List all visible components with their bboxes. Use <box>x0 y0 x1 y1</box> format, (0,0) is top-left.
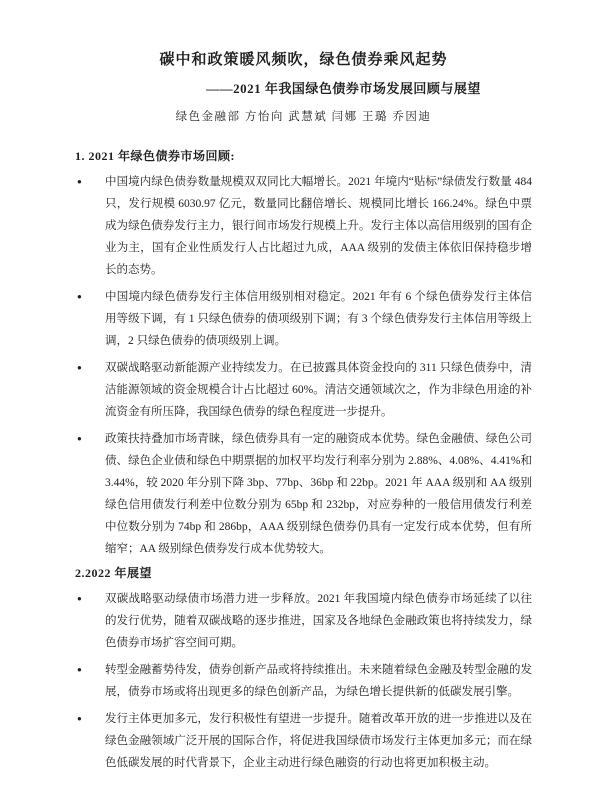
bullet-marker: ● <box>77 428 82 450</box>
bullet-text: 双碳战略驱动新能源产业持续发力。在已披露具体资金投向的 311 只绿色债券中，清… <box>105 362 532 418</box>
outlook-bullet-list: ● 双碳战略驱动绿债市场潜力进一步释放。2021 年我国境内绿色债券市场延续了以… <box>75 588 532 774</box>
bullet-marker: ● <box>77 659 82 681</box>
section-review: 1. 2021 年绿色债券市场回顾: ● 中国境内绿色债券数量规模双双同比大幅增… <box>75 149 532 560</box>
bullet-text: 政策扶持叠加市场青睐，绿色债券具有一定的融资成本优势。绿色金融债、绿色公司债、绿… <box>105 433 532 555</box>
section-review-heading: 1. 2021 年绿色债券市场回顾: <box>75 149 532 164</box>
bullet-item: ● 中国境内绿色债券发行主体信用级别相对稳定。2021 年有 6 个绿色债券发行… <box>75 286 532 352</box>
bullet-item: ● 双碳战略驱动绿债市场潜力进一步释放。2021 年我国境内绿色债券市场延续了以… <box>75 588 532 654</box>
bullet-item: ● 政策扶持叠加市场青睐，绿色债券具有一定的融资成本优势。绿色金融债、绿色公司债… <box>75 428 532 560</box>
bullet-item: ● 发行主体更加多元，发行积极性有望进一步提升。随着改革开放的进一步推进以及在绿… <box>75 708 532 774</box>
bullet-text: 转型金融蓄势待发，债券创新产品或将持续推出。未来随着绿色金融及转型金融的发展，债… <box>105 664 532 698</box>
bullet-item: ● 双碳战略驱动新能源产业持续发力。在已披露具体资金投向的 311 只绿色债券中… <box>75 357 532 423</box>
review-bullet-list: ● 中国境内绿色债券数量规模双双同比大幅增长。2021 年境内“贴标”绿债发行数… <box>75 171 532 560</box>
bullet-text: 双碳战略驱动绿债市场潜力进一步释放。2021 年我国境内绿色债券市场延续了以往的… <box>105 593 532 649</box>
document-title: 碳中和政策暖风频吹，绿色债券乘风起势 <box>75 50 532 70</box>
bullet-text: 中国境内绿色债券发行主体信用级别相对稳定。2021 年有 6 个绿色债券发行主体… <box>105 291 532 347</box>
document-subtitle: ——2021 年我国绿色债券市场发展回顾与展望 <box>115 80 572 97</box>
bullet-marker: ● <box>77 357 82 379</box>
bullet-text: 发行主体更加多元，发行积极性有望进一步提升。随着改革开放的进一步推进以及在绿色金… <box>105 713 532 769</box>
bullet-marker: ● <box>77 588 82 610</box>
bullet-item: ● 转型金融蓄势待发，债券创新产品或将持续推出。未来随着绿色金融及转型金融的发展… <box>75 659 532 703</box>
section-outlook: 2.2022 年展望 ● 双碳战略驱动绿债市场潜力进一步释放。2021 年我国境… <box>75 566 532 774</box>
bullet-marker: ● <box>77 286 82 308</box>
authors-line: 绿色金融部 方怡向 武慧斌 闫娜 王璐 乔因迪 <box>75 110 532 125</box>
bullet-text: 中国境内绿色债券数量规模双双同比大幅增长。2021 年境内“贴标”绿债发行数量 … <box>105 176 532 276</box>
section-outlook-heading: 2.2022 年展望 <box>75 566 532 581</box>
bullet-item: ● 中国境内绿色债券数量规模双双同比大幅增长。2021 年境内“贴标”绿债发行数… <box>75 171 532 281</box>
document-page: 碳中和政策暖风频吹，绿色债券乘风起势 ——2021 年我国绿色债券市场发展回顾与… <box>0 0 600 800</box>
bullet-marker: ● <box>77 708 82 730</box>
bullet-marker: ● <box>77 171 82 193</box>
